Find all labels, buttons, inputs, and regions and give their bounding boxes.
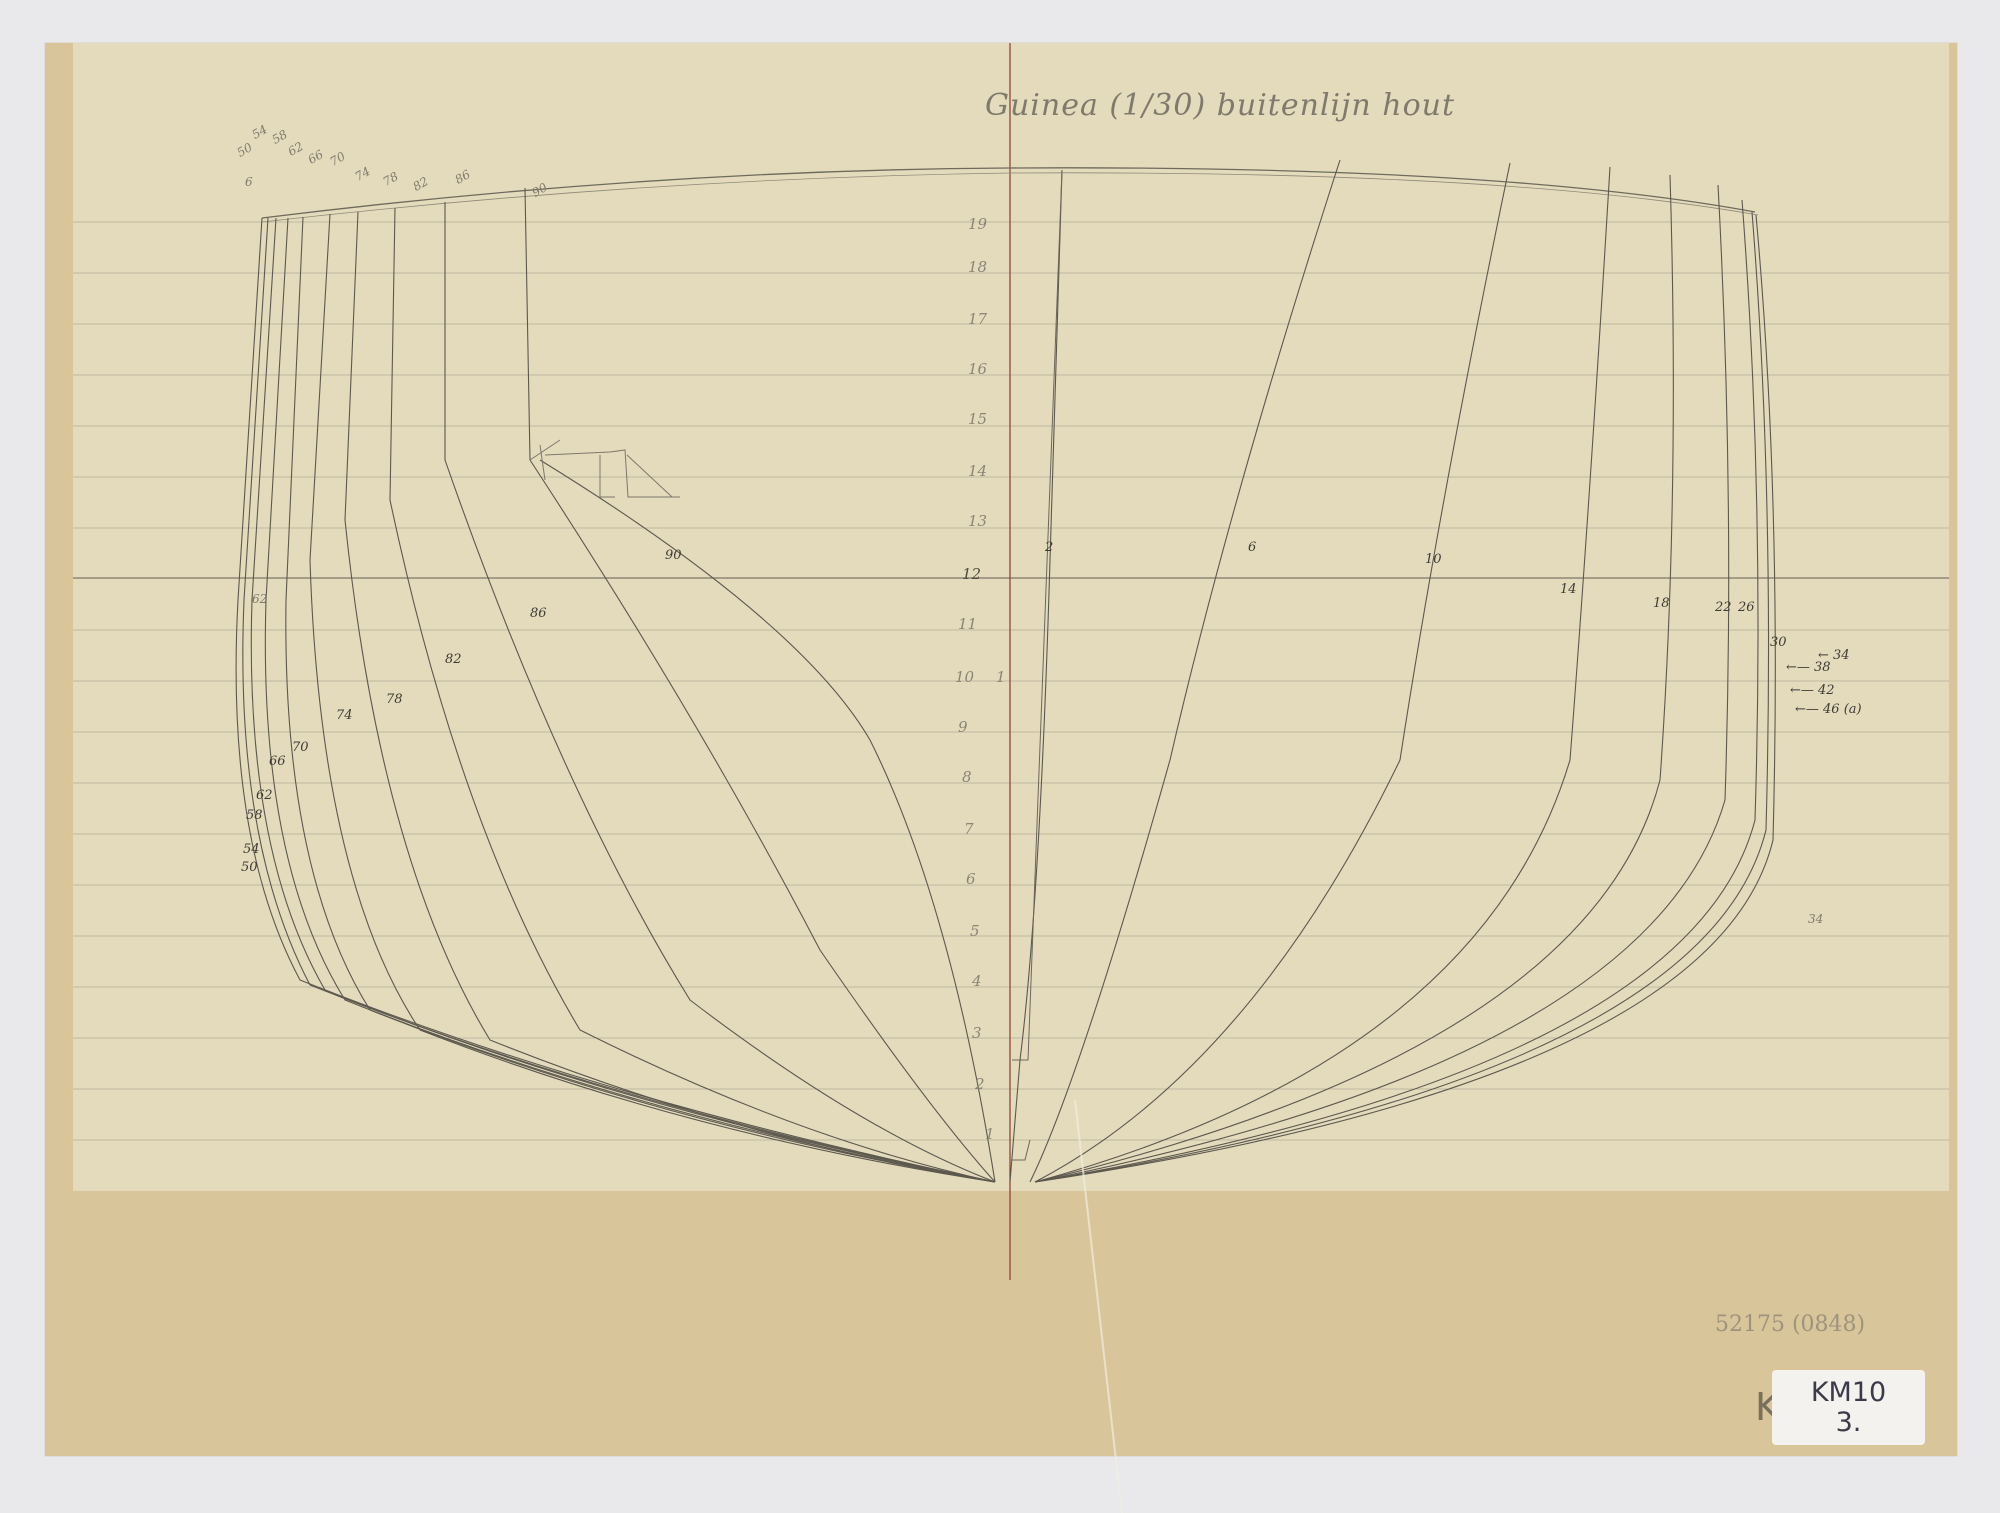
drawing-title: Guinea (1/30) buitenlijn hout bbox=[985, 88, 1455, 123]
right-station-curves bbox=[1010, 160, 1775, 1182]
waterline-label: 5 bbox=[970, 922, 980, 940]
waterline-label: 4 bbox=[972, 972, 982, 990]
station-arrow-label: ←— 38 bbox=[1786, 660, 1831, 675]
station-label: 66 bbox=[269, 754, 286, 769]
station-label: 10 bbox=[1425, 552, 1442, 567]
station-label: 14 bbox=[1560, 582, 1577, 597]
waterline-label: 1 bbox=[985, 1125, 995, 1143]
waterline-label: 17 bbox=[968, 310, 987, 328]
station-label: 26 bbox=[1738, 600, 1755, 615]
station-label: 18 bbox=[1653, 596, 1670, 611]
catalog-sticker: KM10 3. bbox=[1772, 1370, 1925, 1445]
station-label: 54 bbox=[243, 842, 260, 857]
waterline-mark: 1 bbox=[996, 668, 1006, 686]
waterline-label: 3 bbox=[972, 1024, 982, 1042]
waterline-label: 6 bbox=[966, 870, 976, 888]
waterline-label: 18 bbox=[968, 258, 987, 276]
station-label: 50 bbox=[241, 860, 258, 875]
station-label: 6 bbox=[1248, 540, 1256, 555]
station-label: 58 bbox=[246, 808, 263, 823]
waterline-label: 16 bbox=[968, 360, 987, 378]
archive-reference: 52175 (0848) bbox=[1715, 1312, 1865, 1337]
waterline-label: 9 bbox=[958, 718, 968, 736]
waterline-label: 10 bbox=[955, 668, 974, 686]
station-label: 30 bbox=[1770, 635, 1787, 650]
waterline-label: 13 bbox=[968, 512, 987, 530]
keel-profile bbox=[1012, 170, 1062, 1160]
station-label: 22 bbox=[1715, 600, 1732, 615]
station-label: 82 bbox=[445, 652, 462, 667]
body-plan-drawing bbox=[0, 0, 2000, 1513]
station-label: 70 bbox=[292, 740, 309, 755]
station-label-faint: 6 bbox=[245, 175, 253, 189]
waterline-label: 8 bbox=[962, 768, 972, 786]
station-arrow-label: ←— 46 (a) bbox=[1795, 702, 1862, 717]
sticker-line-1: KM10 bbox=[1811, 1378, 1886, 1408]
station-label-faint: 62 bbox=[252, 592, 267, 606]
waterline-label: 2 bbox=[975, 1075, 985, 1093]
station-label: 2 bbox=[1045, 540, 1053, 555]
station-label-faint: 34 bbox=[1808, 912, 1823, 926]
waterline-label: 14 bbox=[968, 462, 987, 480]
waterline-label: 12 bbox=[962, 565, 981, 583]
sticker-line-2: 3. bbox=[1836, 1408, 1862, 1438]
waterline-label: 7 bbox=[964, 820, 974, 838]
station-label: 86 bbox=[530, 606, 547, 621]
station-label: 78 bbox=[386, 692, 403, 707]
station-label: 90 bbox=[665, 548, 682, 563]
sheer-line bbox=[262, 168, 1755, 218]
waterline-label: 19 bbox=[968, 215, 987, 233]
station-arrow-label: ←— 42 bbox=[1790, 683, 1835, 698]
station-label: 62 bbox=[256, 788, 273, 803]
waterline-label: 11 bbox=[958, 615, 977, 633]
waterline-label: 15 bbox=[968, 410, 987, 428]
station-label: 74 bbox=[336, 708, 353, 723]
left-station-curves bbox=[236, 188, 995, 1182]
construction-sketch bbox=[530, 440, 680, 497]
